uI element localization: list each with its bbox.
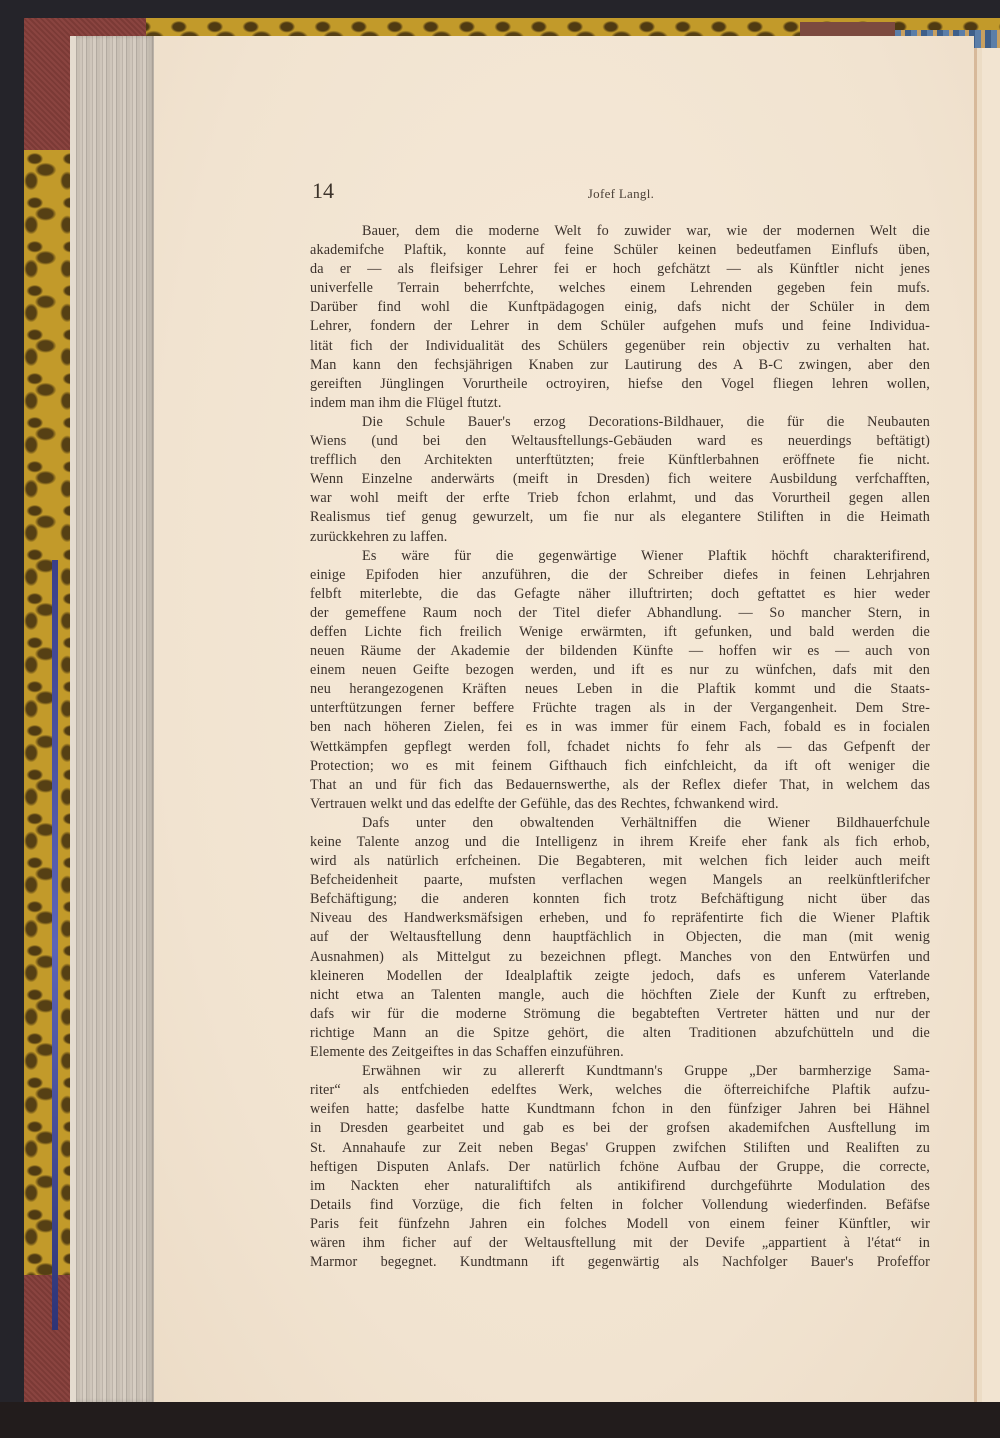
text-line: Paris feit fünfzehn Jahren ein folches M… bbox=[310, 1215, 930, 1234]
text-line: kleineren Modellen der Idealplaftik zeig… bbox=[310, 967, 930, 986]
text-line: Elemente des Zeitgeiftes in das Schaffen… bbox=[310, 1043, 930, 1062]
background-shadow bbox=[0, 1402, 1000, 1438]
text-line: wären ihm ficher auf der Weltausftellung… bbox=[310, 1234, 930, 1253]
body-text: Bauer, dem die moderne Welt fo zuwider w… bbox=[310, 222, 930, 1272]
page-gutter bbox=[974, 48, 1000, 1416]
text-line: St. Annahaufe zur Zeit neben Begas' Grup… bbox=[310, 1139, 930, 1158]
text-line: Niveau des Handwerksmäfsigen erheben, un… bbox=[310, 909, 930, 928]
text-line: Darüber find wohl die Kunftpädagogen ein… bbox=[310, 298, 930, 317]
endpaper-edge bbox=[52, 560, 58, 1330]
text-line: zurückkehren zu laffen. bbox=[310, 528, 930, 547]
text-line: wird als natürlich erfcheinen. Die Begab… bbox=[310, 852, 930, 871]
page-block-edges bbox=[70, 36, 154, 1402]
text-line: trefflich den Architekten unterftützten;… bbox=[310, 451, 930, 470]
text-line: einem neuen Geifte bezogen werden, und i… bbox=[310, 661, 930, 680]
text-line: riter“ als entfchieden edelftes Werk, we… bbox=[310, 1081, 930, 1100]
text-line: Lehrer, fondern der Lehrer in dem Schüle… bbox=[310, 317, 930, 336]
text-line: war wohl meift der erfte Trieb fchon erl… bbox=[310, 489, 930, 508]
text-line: Details find Vorzüge, die fich felten in… bbox=[310, 1196, 930, 1215]
running-head: Jofef Langl. bbox=[312, 186, 930, 202]
paragraph: Bauer, dem die moderne Welt fo zuwider w… bbox=[310, 222, 930, 413]
page-header: 14 Jofef Langl. bbox=[312, 178, 930, 208]
text-line: deffen Lichte fich freilich Wenige erwär… bbox=[310, 623, 930, 642]
text-line: Wettkämpfen gepflegt werden foll, fchade… bbox=[310, 738, 930, 757]
text-line: Ausnahmen) als Mittelgut zu bezeichnen p… bbox=[310, 948, 930, 967]
text-line: Marmor begegnet. Kundtmann ift gegenwärt… bbox=[310, 1253, 930, 1272]
text-line: Die Schule Bauer's erzog Decorations-Bil… bbox=[310, 413, 930, 432]
text-line: akademifche Plaftik, konnte auf feine Sc… bbox=[310, 241, 930, 260]
text-line: der gemeffene Raum noch der Titel diefer… bbox=[310, 604, 930, 623]
text-line: unterftützungen ferner beffere Früchte t… bbox=[310, 699, 930, 718]
text-line: Erwähnen wir zu allererft Kundtmann's Gr… bbox=[310, 1062, 930, 1081]
text-line: Befchäftigung; die anderen konnten fich … bbox=[310, 890, 930, 909]
text-line: felbft miterlebte, die das Gefagte näher… bbox=[310, 585, 930, 604]
text-line: weifen hatte; dasfelbe hatte Kundtmann f… bbox=[310, 1100, 930, 1119]
text-line: Vertrauen welkt und das edelfte der Gefü… bbox=[310, 795, 930, 814]
text-line: Realismus tief genug gewurzelt, um fie n… bbox=[310, 508, 930, 527]
text-line: neu herangezogenen Kräften neues Leben i… bbox=[310, 680, 930, 699]
text-line: in Dresden gearbeitet und gab es bei der… bbox=[310, 1119, 930, 1138]
paragraph: Die Schule Bauer's erzog Decorations-Bil… bbox=[310, 413, 930, 547]
text-line: Man kann den fechsjährigen Knaben zur La… bbox=[310, 356, 930, 375]
text-line: lität fich der Individualität des Schüle… bbox=[310, 337, 930, 356]
text-line: nicht etwa an Talenten mangle, auch die … bbox=[310, 986, 930, 1005]
text-line: Es wäre für die gegenwärtige Wiener Plaf… bbox=[310, 547, 930, 566]
text-line: auf der Weltausftellung denn hauptfächli… bbox=[310, 928, 930, 947]
paragraph: Dafs unter den obwaltenden Verhältniffen… bbox=[310, 814, 930, 1062]
text-line: gereiften Jünglingen Vorurtheile octroyi… bbox=[310, 375, 930, 394]
paragraph: Es wäre für die gegenwärtige Wiener Plaf… bbox=[310, 547, 930, 814]
text-line: That an und für fich das Bedauernswerthe… bbox=[310, 776, 930, 795]
text-line: Wenn Einzelne anderwärts (meift in Dresd… bbox=[310, 470, 930, 489]
text-line: Dafs unter den obwaltenden Verhältniffen… bbox=[310, 814, 930, 833]
text-line: neuen Räume der Akademie der bildenden K… bbox=[310, 642, 930, 661]
text-line: dafs wir für die moderne Strömung die be… bbox=[310, 1005, 930, 1024]
text-line: Wiens (und bei den Weltausftellungs-Gebä… bbox=[310, 432, 930, 451]
text-line: indem man ihm die Flügel ftutzt. bbox=[310, 394, 930, 413]
text-line: ben nach höheren Zielen, fei es in was i… bbox=[310, 718, 930, 737]
text-line: Protection; wo es mit feinem Gifthauch f… bbox=[310, 757, 930, 776]
text-line: Bauer, dem die moderne Welt fo zuwider w… bbox=[310, 222, 930, 241]
text-line: einige Epifoden hier anzuführen, die der… bbox=[310, 566, 930, 585]
text-line: richtige Mann an die Spitze gehört, die … bbox=[310, 1024, 930, 1043]
text-line: im Nackten eher naturaliftifch als antik… bbox=[310, 1177, 930, 1196]
text-line: keine Talente anzog und die Intelligenz … bbox=[310, 833, 930, 852]
paragraph: Erwähnen wir zu allererft Kundtmann's Gr… bbox=[310, 1062, 930, 1272]
text-line: da er — als fleifsiger Lehrer fei er hoc… bbox=[310, 260, 930, 279]
text-line: univerfelle Terrain beherrfchte, welches… bbox=[310, 279, 930, 298]
text-line: Befcheidenheit paarte, mufsten verflache… bbox=[310, 871, 930, 890]
text-line: heftigen Disputen Anlafs. Der natürlich … bbox=[310, 1158, 930, 1177]
